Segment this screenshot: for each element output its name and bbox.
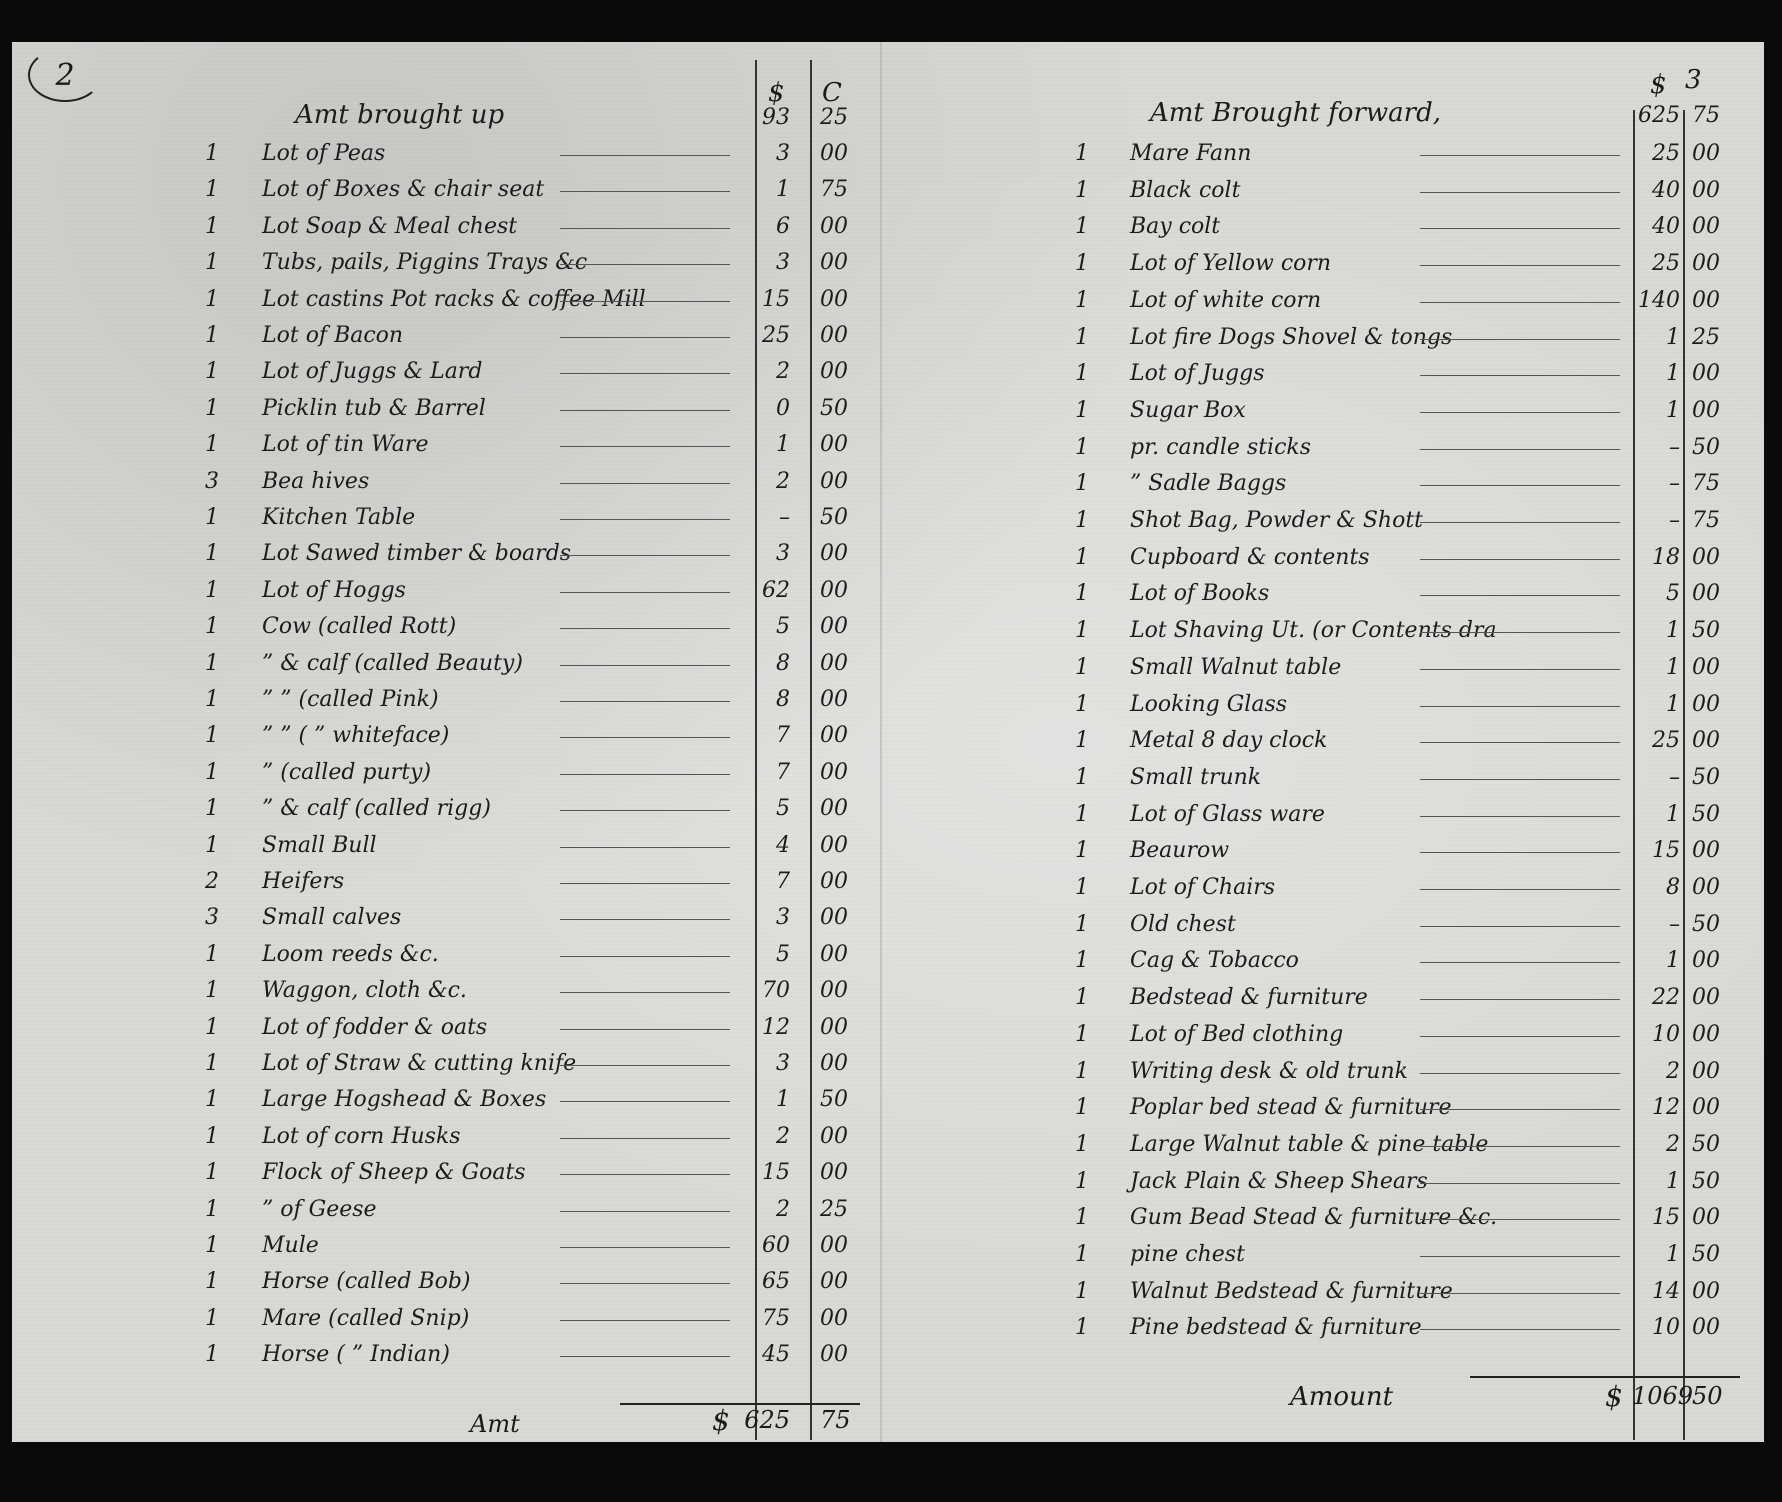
item-dollars: 10	[1632, 1315, 1680, 1340]
leader-dash	[560, 446, 730, 447]
ledger-row: 1Sugar Box100	[880, 387, 1780, 423]
item-cents: 00	[820, 796, 848, 821]
item-quantity: 1	[198, 978, 226, 1003]
ledger-row: 1Lot of Straw & cutting knife300	[0, 1040, 880, 1076]
item-description: Lot of Bacon	[262, 323, 403, 348]
item-cents: 50	[1692, 912, 1720, 937]
item-description: Lot of Chairs	[1130, 875, 1275, 900]
item-quantity: 1	[1068, 1279, 1096, 1304]
leader-dash	[1420, 779, 1620, 780]
item-dollars: 1	[740, 177, 790, 202]
item-quantity: 1	[198, 359, 226, 384]
item-cents: 00	[820, 614, 848, 639]
item-dollars: 1	[1632, 1242, 1680, 1267]
item-dollars: 1	[1632, 325, 1680, 350]
item-description: Lot of Juggs	[1130, 361, 1265, 386]
leader-dash	[1420, 1329, 1620, 1330]
ledger-row: 1Kitchen Table–50	[0, 494, 880, 530]
ledger-row: 1Lot of tin Ware100	[0, 421, 880, 457]
item-cents: 00	[1692, 361, 1720, 386]
item-cents: 00	[820, 978, 848, 1003]
item-cents: 00	[820, 141, 848, 166]
item-cents: 50	[820, 1087, 848, 1112]
item-dollars: –	[1632, 435, 1680, 460]
item-description: Cow (called Rott)	[262, 614, 456, 639]
item-cents: 50	[1692, 1242, 1720, 1267]
ledger-row: 1Picklin tub & Barrel050	[0, 385, 880, 421]
item-cents: 00	[820, 1342, 848, 1367]
item-dollars: 8	[740, 687, 790, 712]
leader-dash	[1420, 522, 1620, 523]
total-label-left: Amt	[470, 1410, 520, 1438]
item-cents: 25	[1692, 325, 1720, 350]
leader-dash	[560, 1320, 730, 1321]
currency-sign-right: $	[1605, 1380, 1623, 1413]
item-description: Cupboard & contents	[1130, 545, 1370, 570]
ledger-row: 1Lot of Juggs & Lard200	[0, 348, 880, 384]
item-cents: 00	[820, 1051, 848, 1076]
item-cents: 00	[820, 1124, 848, 1149]
ledger-row: 1Lot castins Pot racks & coffee Mill1500	[0, 276, 880, 312]
ledger-row: 1Loom reeds &c.500	[0, 931, 880, 967]
item-cents: 00	[820, 469, 848, 494]
item-description: ” & calf (called rigg)	[262, 796, 491, 821]
item-dollars: 2	[740, 359, 790, 384]
item-dollars: 8	[1632, 875, 1680, 900]
currency-sign-left: $	[712, 1404, 730, 1437]
item-quantity: 1	[1068, 1205, 1096, 1230]
item-dollars: 1	[740, 1087, 790, 1112]
item-description: Loom reeds &c.	[262, 942, 439, 967]
item-description: Horse ( ” Indian)	[262, 1342, 450, 1367]
leader-dash	[560, 628, 730, 629]
item-description: Lot of Books	[1130, 581, 1269, 606]
item-cents: 00	[1692, 141, 1720, 166]
item-cents: 00	[820, 1233, 848, 1258]
ledger-row: 1Writing desk & old trunk200	[880, 1048, 1780, 1084]
ledger-row: 1” & calf (called Beauty)800	[0, 640, 880, 676]
ledger-row: 1” of Geese225	[0, 1186, 880, 1222]
ledger-row: 1Bedstead & furniture2200	[880, 974, 1780, 1010]
item-description: Lot of Bed clothing	[1130, 1022, 1343, 1047]
item-quantity: 3	[198, 469, 226, 494]
leader-dash	[560, 264, 730, 265]
item-description: Lot of white corn	[1130, 288, 1321, 313]
item-cents: 75	[1692, 508, 1720, 533]
brought-up-dollars: 93	[740, 105, 790, 130]
brought-forward-cents: 75	[1692, 103, 1720, 128]
item-dollars: 40	[1632, 178, 1680, 203]
ledger-row: 1Looking Glass100	[880, 681, 1780, 717]
item-quantity: 1	[198, 651, 226, 676]
item-quantity: 1	[1068, 435, 1096, 460]
item-dollars: 2	[740, 469, 790, 494]
ledger-row: 1Lot of Glass ware150	[880, 791, 1780, 827]
ledger-row: 1Small Bull400	[0, 822, 880, 858]
item-quantity: 1	[1068, 398, 1096, 423]
item-quantity: 1	[1068, 325, 1096, 350]
ledger-row: 1Lot of Yellow corn2500	[880, 240, 1780, 276]
item-description: Lot of corn Husks	[262, 1124, 461, 1149]
item-dollars: 3	[740, 541, 790, 566]
item-description: Looking Glass	[1130, 692, 1287, 717]
item-description: Lot of fodder & oats	[262, 1015, 487, 1040]
item-cents: 00	[820, 760, 848, 785]
item-cents: 00	[820, 323, 848, 348]
leader-dash	[560, 1065, 730, 1066]
leader-dash	[560, 1283, 730, 1284]
item-quantity: 1	[198, 505, 226, 530]
item-quantity: 1	[1068, 141, 1096, 166]
item-description: Metal 8 day clock	[1130, 728, 1327, 753]
item-quantity: 1	[198, 1197, 226, 1222]
item-quantity: 1	[1068, 655, 1096, 680]
item-cents: 00	[1692, 1022, 1720, 1047]
ledger-row: 1Lot of white corn14000	[880, 277, 1780, 313]
item-dollars: 1	[1632, 655, 1680, 680]
item-dollars: 140	[1632, 288, 1680, 313]
item-description: Kitchen Table	[262, 505, 415, 530]
item-description: ” of Geese	[262, 1197, 377, 1222]
item-dollars: 45	[740, 1342, 790, 1367]
item-description: Lot of Juggs & Lard	[262, 359, 482, 384]
item-cents: 00	[820, 869, 848, 894]
leader-dash	[1420, 1036, 1620, 1037]
item-dollars: –	[1632, 765, 1680, 790]
item-description: Lot of Glass ware	[1130, 802, 1325, 827]
item-quantity: 1	[198, 396, 226, 421]
leader-dash	[1420, 1293, 1620, 1294]
item-description: Lot of Yellow corn	[1130, 251, 1331, 276]
item-description: Walnut Bedstead & furniture	[1130, 1279, 1453, 1304]
ledger-row: 1pine chest150	[880, 1231, 1780, 1267]
item-description: ” ” (called Pink)	[262, 687, 439, 712]
item-quantity: 1	[1068, 875, 1096, 900]
leader-dash	[1420, 1183, 1620, 1184]
item-dollars: 25	[1632, 728, 1680, 753]
item-dollars: 5	[740, 796, 790, 821]
page-number-right: 3	[1685, 65, 1702, 95]
item-cents: 00	[820, 1160, 848, 1185]
item-quantity: 1	[198, 578, 226, 603]
ledger-row: 1Mare (called Snip)7500	[0, 1295, 880, 1331]
item-quantity: 1	[198, 1051, 226, 1076]
ledger-row: 1Beaurow1500	[880, 827, 1780, 863]
leader-dash	[560, 155, 730, 156]
item-quantity: 1	[1068, 178, 1096, 203]
item-dollars: 3	[740, 250, 790, 275]
ledger-row: 1Lot of Juggs100	[880, 350, 1780, 386]
leader-dash	[1420, 449, 1620, 450]
item-dollars: 15	[740, 287, 790, 312]
item-cents: 00	[820, 287, 848, 312]
brought-up-row: Amt brought up 93 25	[0, 94, 880, 130]
item-description: Lot of Straw & cutting knife	[262, 1051, 576, 1076]
leader-dash	[1420, 1073, 1620, 1074]
item-dollars: 5	[1632, 581, 1680, 606]
item-quantity: 1	[198, 287, 226, 312]
item-cents: 00	[820, 541, 848, 566]
item-quantity: 1	[198, 177, 226, 202]
item-quantity: 2	[198, 869, 226, 894]
ledger-row: 1Flock of Sheep & Goats1500	[0, 1149, 880, 1185]
item-cents: 00	[1692, 655, 1720, 680]
item-cents: 00	[820, 1269, 848, 1294]
ledger-row: 1Lot Soap & Meal chest600	[0, 203, 880, 239]
leader-dash	[1420, 375, 1620, 376]
item-quantity: 1	[198, 432, 226, 457]
item-description: Large Hogshead & Boxes	[262, 1087, 546, 1112]
leader-dash	[1420, 265, 1620, 266]
item-dollars: 5	[740, 614, 790, 639]
ledger-row: 1Small Walnut table100	[880, 644, 1780, 680]
item-cents: 00	[1692, 1279, 1720, 1304]
item-quantity: 1	[1068, 545, 1096, 570]
item-description: Lot of Peas	[262, 141, 385, 166]
item-cents: 00	[1692, 251, 1720, 276]
item-description: Bay colt	[1130, 214, 1220, 239]
item-quantity: 1	[1068, 361, 1096, 386]
item-cents: 00	[1692, 875, 1720, 900]
item-quantity: 1	[1068, 581, 1096, 606]
leader-dash	[560, 1029, 730, 1030]
ledger-row: 1Small trunk–50	[880, 754, 1780, 790]
ledger-row: 1Large Hogshead & Boxes150	[0, 1076, 880, 1112]
item-dollars: 2	[740, 1124, 790, 1149]
item-quantity: 1	[198, 1124, 226, 1149]
item-description: Jack Plain & Sheep Shears	[1130, 1169, 1428, 1194]
ledger-row: 1Pine bedstead & furniture1000	[880, 1304, 1780, 1340]
brought-forward-dollars: 625	[1632, 103, 1680, 128]
item-description: Pine bedstead & furniture	[1130, 1315, 1422, 1340]
item-dollars: 7	[740, 760, 790, 785]
item-dollars: 3	[740, 905, 790, 930]
item-dollars: –	[1632, 912, 1680, 937]
item-description: Small Bull	[262, 833, 377, 858]
ledger-row: 1Walnut Bedstead & furniture1400	[880, 1268, 1780, 1304]
item-cents: 00	[820, 833, 848, 858]
ledger-row: 1Large Walnut table & pine table250	[880, 1121, 1780, 1157]
item-dollars: 75	[740, 1306, 790, 1331]
item-cents: 00	[820, 942, 848, 967]
item-description: Lot castins Pot racks & coffee Mill	[262, 287, 646, 312]
ledger-row: 1Jack Plain & Sheep Shears150	[880, 1158, 1780, 1194]
ledger-row: 1Lot of Chairs800	[880, 864, 1780, 900]
item-dollars: 1	[1632, 692, 1680, 717]
item-dollars: 18	[1632, 545, 1680, 570]
item-quantity: 1	[198, 796, 226, 821]
total-dollars-left: 625	[740, 1406, 790, 1434]
ledger-row: 1Lot Sawed timber & boards300	[0, 530, 880, 566]
leader-dash	[560, 191, 730, 192]
item-dollars: 2	[1632, 1059, 1680, 1084]
leader-dash	[560, 737, 730, 738]
total-rule-right	[1470, 1376, 1740, 1378]
item-quantity: 1	[198, 614, 226, 639]
leader-dash	[560, 883, 730, 884]
item-cents: 00	[1692, 1059, 1720, 1084]
leader-dash	[560, 1211, 730, 1212]
item-quantity: 1	[198, 141, 226, 166]
item-quantity: 1	[1068, 1022, 1096, 1047]
item-description: Lot Shaving Ut. (or Contents dra	[1130, 618, 1497, 643]
leader-dash	[560, 992, 730, 993]
item-cents: 50	[1692, 435, 1720, 460]
leader-dash	[560, 1138, 730, 1139]
item-quantity: 1	[1068, 288, 1096, 313]
ledger-row: 1Old chest–50	[880, 901, 1780, 937]
item-cents: 00	[1692, 1205, 1720, 1230]
item-dollars: 7	[740, 869, 790, 894]
item-quantity: 1	[198, 323, 226, 348]
item-dollars: 6	[740, 214, 790, 239]
item-dollars: 70	[740, 978, 790, 1003]
item-description: Lot of tin Ware	[262, 432, 428, 457]
leader-dash	[560, 847, 730, 848]
item-cents: 00	[1692, 692, 1720, 717]
leader-dash	[1420, 816, 1620, 817]
ledger-row: 1Cag & Tobacco100	[880, 937, 1780, 973]
item-dollars: 1	[1632, 361, 1680, 386]
item-quantity: 1	[1068, 692, 1096, 717]
item-quantity: 1	[198, 760, 226, 785]
item-cents: 00	[1692, 838, 1720, 863]
item-description: Sugar Box	[1130, 398, 1246, 423]
item-dollars: 60	[740, 1233, 790, 1258]
item-cents: 00	[820, 687, 848, 712]
leader-dash	[560, 519, 730, 520]
leader-dash	[560, 919, 730, 920]
leader-dash	[1420, 1256, 1620, 1257]
leader-dash	[1420, 485, 1620, 486]
item-description: Waggon, cloth &c.	[262, 978, 467, 1003]
item-cents: 50	[1692, 802, 1720, 827]
ledger-row: 1Lot of Bed clothing1000	[880, 1011, 1780, 1047]
item-dollars: 0	[740, 396, 790, 421]
item-dollars: 14	[1632, 1279, 1680, 1304]
item-description: ” Sadle Baggs	[1130, 471, 1286, 496]
ledger-row: 1Lot fire Dogs Shovel & tongs125	[880, 314, 1780, 350]
ledger-row: 1Lot of corn Husks200	[0, 1113, 880, 1149]
item-dollars: 2	[1632, 1132, 1680, 1157]
item-description: Mare Fann	[1130, 141, 1251, 166]
item-cents: 00	[820, 578, 848, 603]
ledger-row: 1” Sadle Baggs–75	[880, 460, 1780, 496]
leader-dash	[560, 1174, 730, 1175]
item-description: Small calves	[262, 905, 401, 930]
item-quantity: 1	[1068, 214, 1096, 239]
item-dollars: 40	[1632, 214, 1680, 239]
ledger-row: 1pr. candle sticks–50	[880, 424, 1780, 460]
leader-dash	[1420, 742, 1620, 743]
item-quantity: 1	[1068, 508, 1096, 533]
item-dollars: 12	[740, 1015, 790, 1040]
item-cents: 50	[820, 396, 848, 421]
ledger-row: 1Cupboard & contents1800	[880, 534, 1780, 570]
item-quantity: 1	[1068, 802, 1096, 827]
item-quantity: 1	[1068, 1095, 1096, 1120]
item-description: Small Walnut table	[1130, 655, 1341, 680]
total-label-right: Amount	[1290, 1382, 1393, 1412]
leader-dash	[1420, 1146, 1620, 1147]
item-quantity: 1	[198, 723, 226, 748]
item-quantity: 1	[1068, 251, 1096, 276]
leader-dash	[560, 228, 730, 229]
leader-dash	[560, 555, 730, 556]
leader-dash	[1420, 302, 1620, 303]
leader-dash	[1420, 192, 1620, 193]
item-cents: 50	[820, 505, 848, 530]
brought-up-cents: 25	[820, 105, 848, 130]
item-cents: 75	[1692, 471, 1720, 496]
item-dollars: –	[1632, 508, 1680, 533]
leader-dash	[1420, 228, 1620, 229]
item-description: Old chest	[1130, 912, 1236, 937]
item-description: Bedstead & furniture	[1130, 985, 1368, 1010]
item-quantity: 1	[198, 214, 226, 239]
leader-dash	[560, 956, 730, 957]
item-dollars: 25	[1632, 251, 1680, 276]
item-quantity: 1	[198, 942, 226, 967]
item-quantity: 1	[1068, 1132, 1096, 1157]
item-description: Flock of Sheep & Goats	[262, 1160, 526, 1185]
ledger-row: 1Mule6000	[0, 1222, 880, 1258]
leader-dash	[1420, 1219, 1620, 1220]
leader-dash	[560, 1247, 730, 1248]
brought-forward-label: Amt Brought forward,	[1150, 98, 1441, 128]
item-quantity: 1	[1068, 471, 1096, 496]
leader-dash	[560, 592, 730, 593]
leader-dash	[560, 301, 730, 302]
ledger-row: 1Horse (called Bob)6500	[0, 1258, 880, 1294]
item-cents: 25	[820, 1197, 848, 1222]
item-description: Shot Bag, Powder & Shott	[1130, 508, 1423, 533]
leader-dash	[1420, 889, 1620, 890]
item-quantity: 1	[1068, 1242, 1096, 1267]
ledger-row: 1Lot of Boxes & chair seat175	[0, 166, 880, 202]
ledger-row: 1Cow (called Rott)500	[0, 603, 880, 639]
leader-dash	[1420, 852, 1620, 853]
item-quantity: 1	[198, 1233, 226, 1258]
item-dollars: 3	[740, 1051, 790, 1076]
item-cents: 00	[1692, 398, 1720, 423]
item-dollars: 25	[740, 323, 790, 348]
leader-dash	[560, 373, 730, 374]
item-description: Mule	[262, 1233, 319, 1258]
brought-forward-row: Amt Brought forward, 625 75	[880, 92, 1780, 128]
item-cents: 00	[1692, 288, 1720, 313]
leader-dash	[1420, 632, 1620, 633]
item-cents: 00	[820, 723, 848, 748]
item-quantity: 1	[198, 1269, 226, 1294]
item-quantity: 1	[1068, 948, 1096, 973]
item-description: Lot of Hoggs	[262, 578, 406, 603]
ledger-row: 1Lot Shaving Ut. (or Contents dra150	[880, 607, 1780, 643]
item-description: ” ” ( ” whiteface)	[262, 723, 449, 748]
ledger-row: 1” ” (called Pink)800	[0, 676, 880, 712]
leader-dash	[1420, 926, 1620, 927]
leader-dash	[560, 810, 730, 811]
leader-dash	[560, 701, 730, 702]
item-dollars: 3	[740, 141, 790, 166]
item-description: Writing desk & old trunk	[1130, 1059, 1408, 1084]
item-cents: 00	[820, 1015, 848, 1040]
item-description: ” (called purty)	[262, 760, 431, 785]
ledger-row: 1Lot of fodder & oats1200	[0, 1004, 880, 1040]
item-cents: 00	[820, 250, 848, 275]
ledger-row: 1Bay colt4000	[880, 203, 1780, 239]
ledger-row: 1Lot of Peas300	[0, 130, 880, 166]
